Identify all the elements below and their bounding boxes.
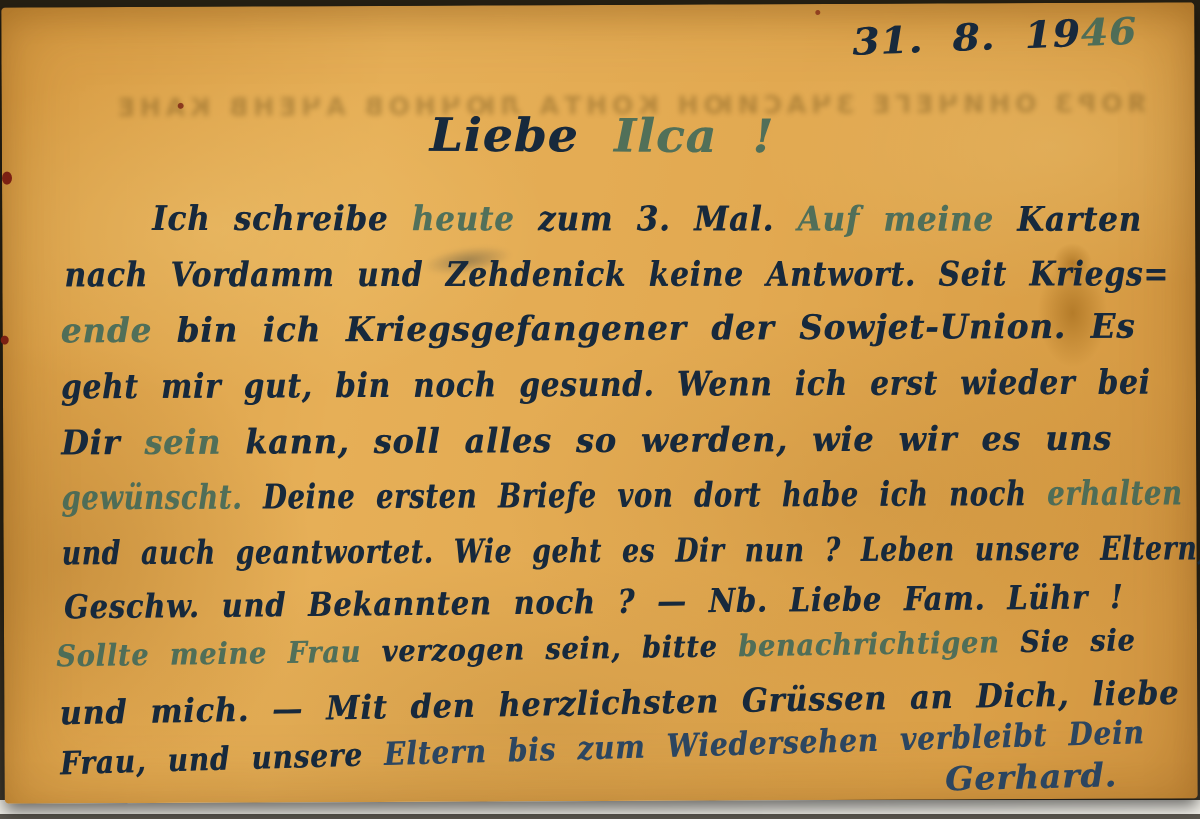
handwriting-segment: nach Vordamm und Zehdenick keine Antwort… [64,254,1169,295]
handwriting-segment: kann, soll alles so werden, wie wir es u… [221,419,1112,463]
handwriting-segment: sein [144,423,221,463]
handwriting-segment: bin ich Kriegsgefangener der Sowjet-Unio… [152,307,1136,351]
handwriting-segment: Gerhard. [945,755,1118,798]
body-line-8: Geschw. und Bekannten noch ? — Nb. Liebe… [64,577,1124,626]
handwriting-segment: erhalten [1047,473,1183,514]
red-ink-speck [1,336,9,345]
handwriting-segment: Karten [994,200,1142,240]
handwriting-segment: Auf meine [798,200,994,240]
handwriting-segment: heute [412,199,515,239]
handwriting-segment: gewünscht. [61,478,242,519]
postcard: ЯОРЗ ОНИЧЕГЕ ЗЧАСИЮН КОНТА ЛЮЧНОВ АЧЕНВ … [1,2,1197,803]
handwriting-segment: Sie sie [999,623,1135,660]
signature-line: Gerhard. [945,755,1118,798]
body-line-7: und auch geantwortet. Wie geht es Dir nu… [62,528,1200,572]
handwriting-segment: zum 3. Mal. [515,199,798,239]
red-ink-speck [178,103,184,109]
handwriting-segment: ! [717,109,774,163]
handwriting-segment: Liebe [429,108,614,163]
handwriting-segment: Ilca [614,109,717,163]
body-line-5: Dir sein kann, soll alles so werden, wie… [61,419,1112,464]
body-line-1: Ich schreibe heute zum 3. Mal. Auf meine… [152,199,1142,240]
handwriting-segment: benachrichtigen [738,625,1000,664]
handwriting-segment: Frau, und unsere [59,735,384,782]
handwriting-segment: Ich schreibe [152,199,412,239]
handwriting-segment: Geschw. und Bekannten noch ? — Nb. Liebe… [64,577,1124,626]
body-line-9: Sollte meine Frau verzogen sein, bitte b… [56,623,1136,674]
handwriting-segment: geht mir gut, bin noch gesund. Wenn ich … [61,363,1151,408]
scanner-edge [0,814,1200,819]
body-line-2: nach Vordamm und Zehdenick keine Antwort… [64,254,1169,295]
date-line: 31. 8. 1946 [851,9,1137,64]
salutation-line: Liebe Ilca ! [429,108,774,164]
body-line-4: geht mir gut, bin noch gesund. Wenn ich … [61,363,1151,408]
handwriting-segment: ende [61,311,153,351]
body-line-3: ende bin ich Kriegsgefangener der Sowjet… [61,307,1136,352]
handwriting-segment: Dir [61,423,144,463]
red-ink-speck [2,172,12,185]
handwriting-segment: und auch geantwortet. Wie geht es Dir nu… [62,528,1200,572]
handwriting-segment: 31. 8. 19 [851,11,1081,64]
handwriting-segment: Sollte meine Frau [56,635,382,675]
handwriting-segment: verzogen sein, bitte [381,629,738,669]
red-ink-speck [815,10,820,15]
handwriting-segment: Deine ersten Briefe von dort habe ich no… [242,474,1047,518]
handwriting-segment: 46 [1080,9,1138,55]
body-line-6: gewünscht. Deine ersten Briefe von dort … [61,473,1182,518]
